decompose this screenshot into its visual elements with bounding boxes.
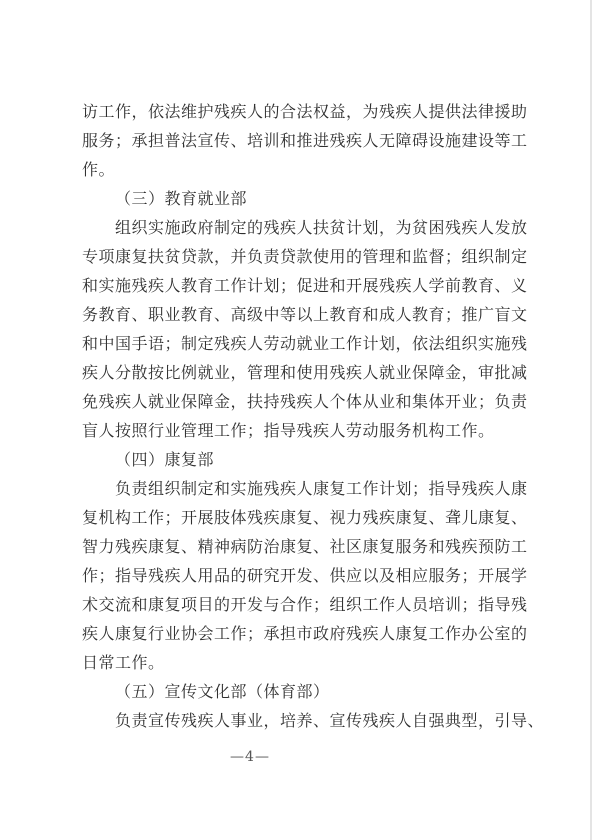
section-heading: （三）教育就业部 (82, 184, 530, 213)
body-line: 智力残疾康复、精神病防治康复、社区康复服务和残疾预防工 (82, 532, 530, 561)
body-line: 疾人康复行业协会工作；承担市政府残疾人康复工作办公室的 (82, 619, 530, 648)
scan-edge-line (590, 0, 592, 840)
section-heading: （四）康复部 (82, 445, 530, 474)
body-line: 负责宣传残疾人事业，培养、宣传残疾人自强典型，引导、 (82, 706, 530, 735)
document-page: 访工作，依法维护残疾人的合法权益，为残疾人提供法律援助服务；承担普法宣传、培训和… (0, 0, 595, 840)
page-number: —4— (0, 748, 500, 766)
body-line: 作。 (82, 155, 530, 184)
body-line: 术交流和康复项目的开发与合作；组织工作人员培训；指导残 (82, 590, 530, 619)
body-line: 务教育、职业教育、高级中等以上教育和成人教育；推广盲文 (82, 300, 530, 329)
body-line: 疾人分散按比例就业，管理和使用残疾人就业保障金，审批减 (82, 358, 530, 387)
body-line: 日常工作。 (82, 648, 530, 677)
body-line: 作；指导残疾人用品的研究开发、供应以及相应服务；开展学 (82, 561, 530, 590)
body-line: 盲人按照行业管理工作；指导残疾人劳动服务机构工作。 (82, 416, 530, 445)
body-line: 和中国手语；制定残疾人劳动就业工作计划，依法组织实施残 (82, 329, 530, 358)
body-line: 复机构工作；开展肢体残疾康复、视力残疾康复、聋儿康复、 (82, 503, 530, 532)
body-line: 专项康复扶贫贷款，并负责贷款使用的管理和监督；组织制定 (82, 242, 530, 271)
body-line: 负责组织制定和实施残疾人康复工作计划；指导残疾人康 (82, 474, 530, 503)
body-line: 服务；承担普法宣传、培训和推进残疾人无障碍设施建设等工 (82, 126, 530, 155)
body-line: 访工作，依法维护残疾人的合法权益，为残疾人提供法律援助 (82, 97, 530, 126)
document-body: 访工作，依法维护残疾人的合法权益，为残疾人提供法律援助服务；承担普法宣传、培训和… (82, 97, 530, 735)
body-line: 免残疾人就业保障金，扶持残疾人个体从业和集体开业；负责 (82, 387, 530, 416)
body-line: 和实施残疾人教育工作计划；促进和开展残疾人学前教育、义 (82, 271, 530, 300)
section-heading: （五）宣传文化部（体育部） (82, 677, 530, 706)
body-line: 组织实施政府制定的残疾人扶贫计划，为贫困残疾人发放 (82, 213, 530, 242)
